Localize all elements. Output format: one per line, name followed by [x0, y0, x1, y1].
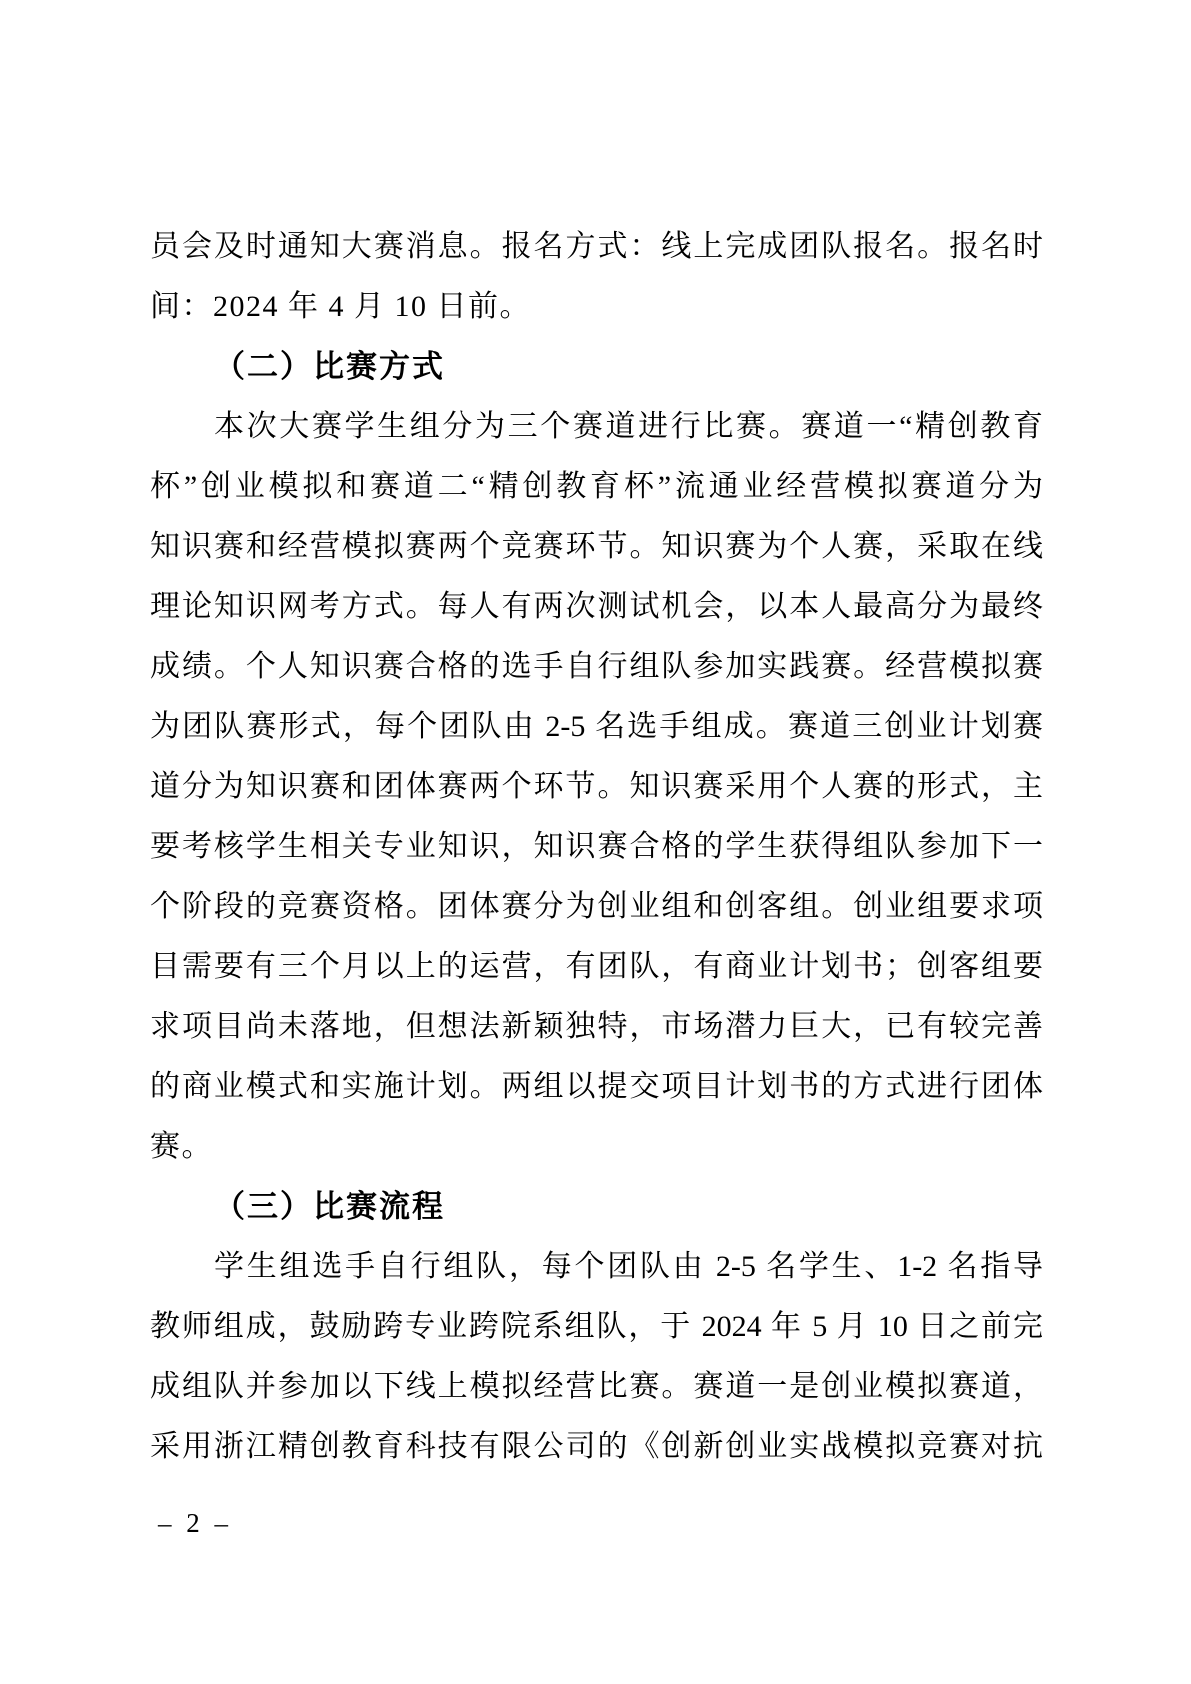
text-line: 的商业模式和实施计划。两组以提交项目计划书的方式进行团体 [150, 1057, 1043, 1117]
text-line: 成组队并参加以下线上模拟经营比赛。赛道一是创业模拟赛道， [150, 1357, 1043, 1417]
text-line: 知识赛和经营模拟赛两个竞赛环节。知识赛为个人赛，采取在线 [150, 517, 1043, 577]
text-line: 要考核学生相关专业知识，知识赛合格的学生获得组队参加下一 [150, 817, 1043, 877]
text-line: 教师组成，鼓励跨专业跨院系组队，于 2024 年 5 月 10 日之前完 [150, 1297, 1043, 1357]
document-page: { "page": { "background": "#ffffff", "te… [0, 0, 1191, 1684]
text-line: 学生组选手自行组队，每个团队由 2-5 名学生、1-2 名指导 [150, 1237, 1043, 1297]
section-heading-2: （二）比赛方式 [150, 337, 1043, 397]
body-text: 员会及时通知大赛消息。报名方式：线上完成团队报名。报名时 间：2024 年 4 … [150, 217, 1043, 1477]
text-line: 本次大赛学生组分为三个赛道进行比赛。赛道一“精创教育 [150, 397, 1043, 457]
text-line: 个阶段的竞赛资格。团体赛分为创业组和创客组。创业组要求项 [150, 877, 1043, 937]
text-line: 理论知识网考方式。每人有两次测试机会，以本人最高分为最终 [150, 577, 1043, 637]
text-line: 采用浙江精创教育科技有限公司的《创新创业实战模拟竞赛对抗 [150, 1417, 1043, 1477]
text-line: 成绩。个人知识赛合格的选手自行组队参加实践赛。经营模拟赛 [150, 637, 1043, 697]
page-number: – 2 – [158, 1505, 232, 1541]
text-line: 目需要有三个月以上的运营，有团队，有商业计划书；创客组要 [150, 937, 1043, 997]
text-line: 赛。 [150, 1117, 1043, 1177]
section-heading-3: （三）比赛流程 [150, 1177, 1043, 1237]
text-line: 为团队赛形式，每个团队由 2-5 名选手组成。赛道三创业计划赛 [150, 697, 1043, 757]
text-line: 员会及时通知大赛消息。报名方式：线上完成团队报名。报名时 [150, 217, 1043, 277]
text-line: 间：2024 年 4 月 10 日前。 [150, 277, 1043, 337]
text-line: 杯”创业模拟和赛道二“精创教育杯”流通业经营模拟赛道分为 [150, 457, 1043, 517]
text-line: 道分为知识赛和团体赛两个环节。知识赛采用个人赛的形式，主 [150, 757, 1043, 817]
text-line: 求项目尚未落地，但想法新颖独特，市场潜力巨大，已有较完善 [150, 997, 1043, 1057]
